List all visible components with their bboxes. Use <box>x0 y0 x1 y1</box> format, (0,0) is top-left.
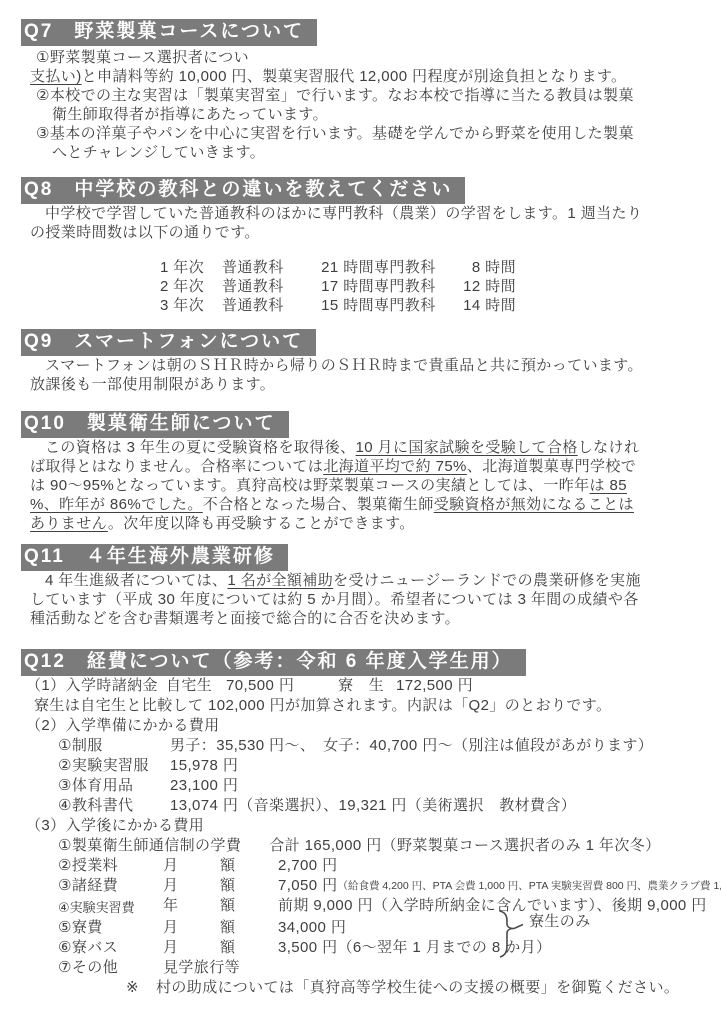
q9-paragraph-2: 放課後も一部使用制限があります。 <box>30 375 713 394</box>
q10-line-4: %、昨年が 86%でした。不合格となった場合、製菓衛生師受験資格が無効になること… <box>30 495 713 514</box>
item-label: ①製菓衛生師通信制の学費 <box>58 836 241 856</box>
underlined-text: %、昨年が 86%でした。 <box>30 496 203 513</box>
text: を受けニュージーランドでの農業研修を実施 <box>333 572 641 589</box>
after-fee-row: ②授業料月額2,700 円 <box>26 856 721 876</box>
prep-fee-row: ④教科書代13,074 円（音楽選択）、19,321 円（美術選択 教材費含） <box>26 796 721 816</box>
item-label: ④実験実習費 <box>58 896 163 918</box>
faq-document-page: Q7 野菜製菓コースについて ①野菜製菓コース選択者につい 支払い)と申請料等約… <box>0 0 721 1010</box>
after-fee-row: ⑤寮費月額34,000 円 <box>26 918 721 938</box>
year-cell: 2 年次 <box>160 277 222 296</box>
subject-cell: 普通教科 <box>222 277 304 296</box>
item-label: ②実験実習服 <box>58 756 170 776</box>
item-value-breakdown: （給食費 4,200 円、PTA 会費 1,000 円、PTA 実験実習費 80… <box>338 876 721 896</box>
q8-paragraph-2: の授業時間数は以下の通りです。 <box>30 223 713 242</box>
underlined-text: は 85 <box>590 477 627 494</box>
text: 、北海道製菓専門学校で <box>467 458 636 475</box>
item-label: ⑦その他 <box>58 958 163 978</box>
item-value: 男子：35,530 円～、 女子：40,700 円～（別注は値段があがります） <box>170 736 653 756</box>
text: 不合格となった場合、製菓衛生師 <box>203 496 434 513</box>
q7-line-2: 支払い)と申請料等約 10,000 円、製菓実習服代 12,000 円程度が別途… <box>30 67 713 86</box>
prep-fee-row: ③体育用品23,100 円 <box>26 776 721 796</box>
dorm-only-label: 寮生のみ <box>529 912 591 932</box>
q10-line-5: ありません。次年度以降も再受験することができます。 <box>30 514 713 533</box>
underlined-text: 北海道平均で約 75% <box>323 458 467 475</box>
q8-header-bar: Q8 中学校の教科との違いを教えてください <box>21 177 465 204</box>
period-label: 月 <box>163 876 220 896</box>
section-q9: Q9 スマートフォンについて <box>21 329 721 356</box>
q7-line-5: ③基本の洋菓子やパンを中心に実習を行います。基礎を学んでから野菜を使用した製菓 <box>30 124 713 143</box>
q7-body: ①野菜製菓コース選択者につい 支払い)と申請料等約 10,000 円、製菓実習服… <box>30 48 713 162</box>
after-fee-rows: ①製菓衛生師通信制の学費合計 165,000 円（野菜製菓コース選択者のみ 1 … <box>26 836 721 978</box>
q10-header-bar: Q10 製菓衛生師について <box>21 411 289 438</box>
year-cell: 3 年次 <box>160 296 222 315</box>
hours-cell: 12 時間 <box>458 277 516 296</box>
after-fee-row: ④実験実習費年額前期 9,000 円（入学時所納金に含んでいます）、後期 9,0… <box>26 896 721 918</box>
curly-brace-icon <box>498 910 526 958</box>
underlined-text: 受験資格が無効になることは <box>434 496 634 513</box>
item-value: 34,000 円 <box>278 918 346 938</box>
subject-cell: 専門教科 <box>374 258 458 277</box>
underlined-text: 10 月に国家試験を受験して合格 <box>355 439 577 456</box>
q7-line-3: ②本校での主な実習は「製菓実習室」で行います。なお本校で指導に当たる教員は製菓 <box>30 86 713 105</box>
period-label: 年 <box>163 896 220 918</box>
item-label: ⑤寮費 <box>58 918 163 938</box>
reference-mark: ※ <box>126 978 156 998</box>
q8-body: 中学校で学習していた普通教科のほかに専門教科（農業）の学習をします。1 週当たり… <box>30 204 713 242</box>
amount-label: 額 <box>220 876 278 896</box>
q11-line-3: 種活動などを含む書類選考と面接で総合的に合否を決めます。 <box>30 609 713 628</box>
amount-label: 額 <box>220 918 278 938</box>
item-label: ③体育用品 <box>58 776 170 796</box>
section-q12: Q12 経費について（参考：令和 6 年度入学生用） <box>21 649 721 676</box>
table-row: 1 年次普通教科21 時間専門教科8 時間 <box>160 258 721 277</box>
q10-line-2: ば取得とはなりません。合格率については北海道平均で約 75%、北海道製菓専門学校… <box>30 457 713 476</box>
item-label: ①制服 <box>58 736 170 756</box>
item-label: ⑥寮バス <box>58 938 163 958</box>
q8-paragraph-1: 中学校で学習していた普通教科のほかに専門教科（農業）の学習をします。1 週当たり <box>30 204 713 223</box>
year-cell: 1 年次 <box>160 258 222 277</box>
text: と申請料等約 10,000 円、製菓実習服代 12,000 円程度が別途負担とな… <box>82 68 627 85</box>
fee-label: （1）入学時諸納金 <box>26 676 166 696</box>
entry-fees-row: （1）入学時諸納金 自宅生 70,500 円 寮 生 172,500 円 <box>26 676 721 696</box>
q10-body: この資格は 3 年生の夏に受験資格を取得後、10 月に国家試験を受験して合格しな… <box>30 438 713 533</box>
item-value: 15,978 円 <box>170 756 238 776</box>
text: ば取得とはなりません。合格率については <box>30 458 323 475</box>
hours-cell: 17 時間 <box>304 277 374 296</box>
item-label: ④教科書代 <box>58 796 170 816</box>
hours-cell: 8 時間 <box>458 258 516 277</box>
q11-header-bar: Q11 ４年生海外農業研修 <box>21 544 288 571</box>
item-value: 前期 9,000 円（入学時所納金に含んでいます）、後期 9,000 円 <box>278 896 707 918</box>
q10-line-1: この資格は 3 年生の夏に受験資格を取得後、10 月に国家試験を受験して合格しな… <box>30 438 713 457</box>
after-fee-row: ①製菓衛生師通信制の学費合計 165,000 円（野菜製菓コース選択者のみ 1 … <box>26 836 721 856</box>
q9-body: スマートフォンは朝のＳＨＲ時から帰りのＳＨＲ時まで貴重品と共に預かっています。 … <box>30 356 713 394</box>
after-fee-row: ⑥寮バス月額3,500 円（6～翌年 1 月までの 8 か月） <box>26 938 721 958</box>
home-student-label: 自宅生 <box>166 676 226 696</box>
text: しなけれ <box>578 439 640 456</box>
item-value: 7,050 円 <box>278 876 338 896</box>
q11-body: 4 年生進級者については、1 名が全額補助を受けニュージーランドでの農業研修を実… <box>30 571 713 628</box>
text: は 90～95%となっています。真狩高校は野菜製菓コースの実績としては、一昨年 <box>30 477 590 494</box>
subsidy-note: ※ 村の助成については「真狩高等学校生徒への支援の概要」を御覧ください。 <box>126 978 721 998</box>
q11-line-2: しています（平成 30 年度については約 5 か月間）。希望者については 3 年… <box>30 590 713 609</box>
section-q10: Q10 製菓衛生師について <box>21 411 721 438</box>
item-value: 見学旅行等 <box>163 958 240 978</box>
hours-cell: 14 時間 <box>458 296 516 315</box>
subject-cell: 専門教科 <box>374 296 458 315</box>
amount-label: 額 <box>220 856 278 876</box>
section-q11: Q11 ４年生海外農業研修 <box>21 544 721 571</box>
entry-fees-note: 寮生は自宅生と比較して 102,000 円が加算されます。内訳は「Q2」のとおり… <box>26 696 721 716</box>
after-fee-row: ③諸経費月額7,050 円（給食費 4,200 円、PTA 会費 1,000 円… <box>26 876 721 896</box>
note-text: 村の助成については「真狩高等学校生徒への支援の概要」を御覧ください。 <box>156 978 679 998</box>
prep-fees-heading: （2）入学準備にかかる費用 <box>26 716 721 736</box>
table-row: 3 年次普通教科15 時間専門教科14 時間 <box>160 296 721 315</box>
q7-header-bar: Q7 野菜製菓コースについて <box>21 19 317 46</box>
q11-line-1: 4 年生進級者については、1 名が全額補助を受けニュージーランドでの農業研修を実… <box>30 571 713 590</box>
item-value: 13,074 円（音楽選択）、19,321 円（美術選択 教材費含） <box>170 796 576 816</box>
text: 4 年生進級者については、 <box>45 572 227 589</box>
q9-header-bar: Q9 スマートフォンについて <box>21 329 316 356</box>
prep-fee-row: ②実験実習服15,978 円 <box>26 756 721 776</box>
q8-hours-table: 1 年次普通教科21 時間専門教科8 時間 2 年次普通教科17 時間専門教科1… <box>160 258 721 315</box>
q12-header-bar: Q12 経費について（参考：令和 6 年度入学生用） <box>21 649 526 676</box>
text: 。次年度以降も再受験することができます。 <box>108 515 415 532</box>
amount-label: 額 <box>220 938 278 958</box>
home-student-amount: 70,500 円 <box>226 676 338 696</box>
underlined-text: 支払い) <box>30 68 82 85</box>
period-label: 月 <box>163 918 220 938</box>
item-value: 合計 165,000 円（野菜製菓コース選択者のみ 1 年次冬） <box>269 836 660 856</box>
q10-line-3: は 90～95%となっています。真狩高校は野菜製菓コースの実績としては、一昨年は… <box>30 476 713 495</box>
q12-body: （1）入学時諸納金 自宅生 70,500 円 寮 生 172,500 円 寮生は… <box>26 676 721 998</box>
section-q7: Q7 野菜製菓コースについて <box>21 19 721 46</box>
subject-cell: 専門教科 <box>374 277 458 296</box>
q7-line-6: へとチャレンジしていきます。 <box>30 143 713 162</box>
dorm-student-label: 寮 生 <box>338 676 396 696</box>
amount-label: 額 <box>220 896 278 918</box>
hours-cell: 21 時間 <box>304 258 374 277</box>
item-value: 23,100 円 <box>170 776 238 796</box>
subject-cell: 普通教科 <box>222 296 304 315</box>
prep-fee-row: ①制服男子：35,530 円～、 女子：40,700 円～（別注は値段があがりま… <box>26 736 721 756</box>
table-row: 2 年次普通教科17 時間専門教科12 時間 <box>160 277 721 296</box>
q7-line-4: 衛生師取得者が指導にあたっています。 <box>30 105 713 124</box>
item-label: ②授業料 <box>58 856 163 876</box>
hours-cell: 15 時間 <box>304 296 374 315</box>
underlined-text: 1 名が全額補助 <box>227 572 333 589</box>
period-label: 月 <box>163 938 220 958</box>
item-value: 2,700 円 <box>278 856 338 876</box>
subject-cell: 普通教科 <box>222 258 304 277</box>
item-label: ③諸経費 <box>58 876 163 896</box>
q9-paragraph-1: スマートフォンは朝のＳＨＲ時から帰りのＳＨＲ時まで貴重品と共に預かっています。 <box>30 356 713 375</box>
section-q8: Q8 中学校の教科との違いを教えてください <box>21 177 721 204</box>
dorm-student-amount: 172,500 円 <box>396 676 473 696</box>
text: この資格は 3 年生の夏に受験資格を取得後、 <box>45 439 355 456</box>
period-label: 月 <box>163 856 220 876</box>
q7-line-1: ①野菜製菓コース選択者につい <box>30 48 713 67</box>
after-fees-heading: （3）入学後にかかる費用 <box>26 816 721 836</box>
underlined-text: ありません <box>30 515 108 532</box>
after-fee-row: ⑦その他見学旅行等 <box>26 958 721 978</box>
dorm-only-annotation: 寮生のみ <box>498 910 591 958</box>
